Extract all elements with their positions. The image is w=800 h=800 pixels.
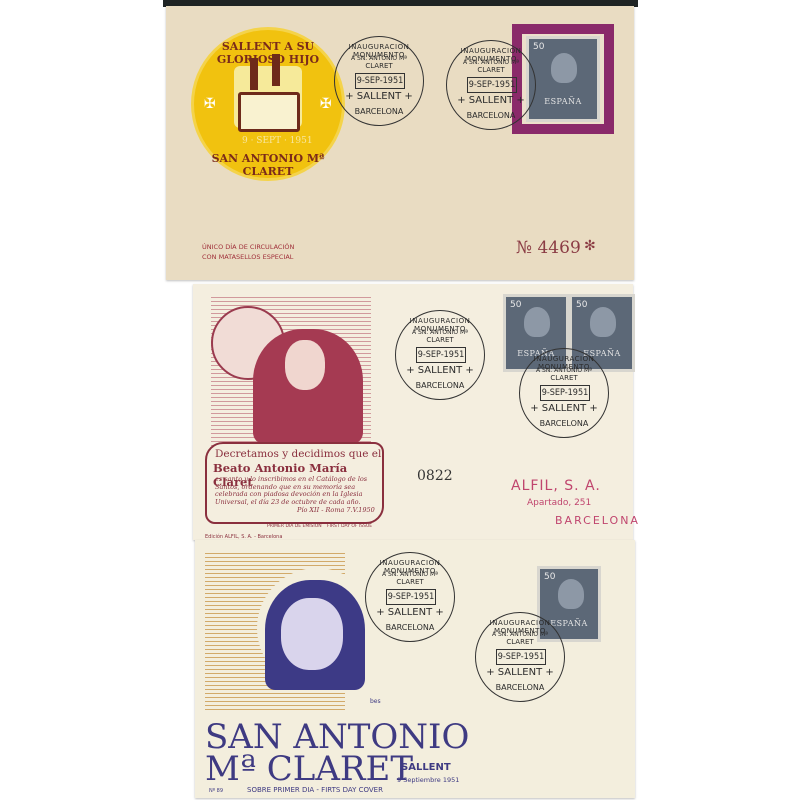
cover-footer: SOBRE PRIMER DIA - FIRTS DAY COVER (247, 786, 383, 794)
seal-text-top: SALLENT A SU GLORIOSO HIJO (194, 40, 342, 66)
postmark-sub-line: A SN. ANTONIO Mª (396, 329, 484, 336)
postmark-date: 9-SEP-1951 (467, 77, 517, 93)
decree-body: es santo y lo inscribimos en el Catálogo… (215, 476, 375, 506)
postmark-town: + SALLENT + (396, 365, 484, 376)
stamp-portrait (590, 307, 616, 337)
stamp-portrait (558, 579, 584, 609)
circulation-note: ÚNICO DÍA DE CIRCULACIÓN CON MATASELLOS … (202, 242, 294, 262)
postmark-province: BARCELONA (396, 381, 484, 390)
date-label: 9 Septiembre 1951 (397, 776, 459, 784)
seal-text-bottom: SAN ANTONIO Mª CLARET (194, 152, 342, 178)
postmark: INAUGURACION MONUMENTO A SN. ANTONIO Mª … (519, 348, 609, 438)
first-day-cover-1: SALLENT A SU GLORIOSO HIJO ✠ ✠ 9 · SEPT … (166, 6, 634, 280)
postmark-date: 9-SEP-1951 (540, 385, 590, 401)
postmark-sub-line: CLARET (366, 578, 454, 586)
postage-stamp: 50 ESPAÑA (526, 36, 600, 122)
postmark-date: 9-SEP-1951 (355, 73, 405, 89)
artist-mark: bes (370, 698, 381, 705)
asterisk-ornament-icon: ✻ (584, 238, 596, 254)
postmark-date: 9-SEP-1951 (386, 589, 436, 605)
postmark-province: BARCELONA (476, 683, 564, 692)
church-tower-icon (250, 58, 258, 90)
postmark-sub-line: A SN. ANTONIO Mª (476, 631, 564, 638)
postmark-town: + SALLENT + (447, 95, 535, 106)
decree-scroll: Decretamos y decidimos que el Beato Anto… (205, 442, 384, 524)
decree-title: Decretamos y decidimos que el (215, 448, 381, 460)
claret-face (281, 598, 343, 670)
stamp-value: 50 (576, 300, 587, 310)
postmark: INAUGURACION MONUMENTO A SN. ANTONIO Mª … (475, 612, 565, 702)
circulation-note-line: CON MATASELLOS ESPECIAL (202, 252, 294, 262)
postmark-date: 9-SEP-1951 (496, 649, 546, 665)
cross-icon: ✠ (320, 96, 332, 112)
cover-number: № 4469 (516, 238, 581, 258)
postmark-province: BARCELONA (335, 107, 423, 116)
postmark: INAUGURACION MONUMENTO A SN. ANTONIO Mª … (365, 552, 455, 642)
caption-primer-dia: PRIMER DIA DE EMISION (267, 524, 322, 529)
first-day-cover-2: Decretamos y decidimos que el Beato Anto… (193, 284, 633, 540)
first-day-cover-3: bes SAN ANTONIO Mª CLARET Nº 89 SOBRE PR… (195, 540, 635, 798)
address-line: Apartado, 251 (527, 498, 591, 508)
cover-number: Nº 89 (209, 788, 223, 794)
stamp-country: ESPAÑA (529, 97, 597, 106)
postmark: INAUGURACION MONUMENTO A SN. ANTONIO Mª … (334, 36, 424, 126)
caption-first-day: FIRST DAY OF ISSUE (327, 524, 372, 529)
postmark-sub-line: A SN. ANTONIO Mª (335, 55, 423, 62)
postmark-sub-line: A SN. ANTONIO Mª (447, 59, 535, 66)
stamp-portrait (551, 53, 577, 83)
postmark-province: BARCELONA (520, 419, 608, 428)
postmark-province: BARCELONA (447, 111, 535, 120)
church-tower-icon (272, 54, 280, 86)
postmark-sub-line: CLARET (447, 66, 535, 74)
postmark-town: + SALLENT + (476, 667, 564, 678)
stamp-value: 50 (544, 572, 555, 582)
open-book-icon (238, 92, 300, 132)
postmark-sub-line: A SN. ANTONIO Mª (366, 571, 454, 578)
postmark-town: + SALLENT + (366, 607, 454, 618)
cover-number: 0822 (417, 468, 453, 484)
address-name: ALFIL, S. A. (511, 478, 601, 494)
stamp-value: 50 (510, 300, 521, 310)
postmark-sub-line: CLARET (396, 336, 484, 344)
stamp-portrait (524, 307, 550, 337)
postmark-sub-line: CLARET (476, 638, 564, 646)
postmark-sub-line: CLARET (520, 374, 608, 382)
postmark-sub-line: CLARET (335, 62, 423, 70)
cross-icon: ✠ (204, 96, 216, 112)
decree-signature: Pío XII - Roma 7.V.1950 (297, 507, 375, 515)
postmark-town: + SALLENT + (520, 403, 608, 414)
seal-date: 9 · SEPT · 1951 (242, 136, 313, 146)
circulation-note-line: ÚNICO DÍA DE CIRCULACIÓN (202, 242, 294, 252)
postmark: INAUGURACION MONUMENTO A SN. ANTONIO Mª … (446, 40, 536, 130)
postmark-sub-line: A SN. ANTONIO Mª (520, 367, 608, 374)
postmark-date: 9-SEP-1951 (416, 347, 466, 363)
address-city: BARCELONA (555, 514, 640, 527)
sallent-commemorative-seal: SALLENT A SU GLORIOSO HIJO ✠ ✠ 9 · SEPT … (194, 30, 342, 178)
postmark: INAUGURACION MONUMENTO A SN. ANTONIO Mª … (395, 310, 485, 400)
cachet-title-surname: Mª CLARET (205, 752, 413, 786)
claret-face (285, 340, 325, 390)
place-label: SALLENT (401, 762, 451, 773)
postmark-province: BARCELONA (366, 623, 454, 632)
postmark-town: + SALLENT + (335, 91, 423, 102)
